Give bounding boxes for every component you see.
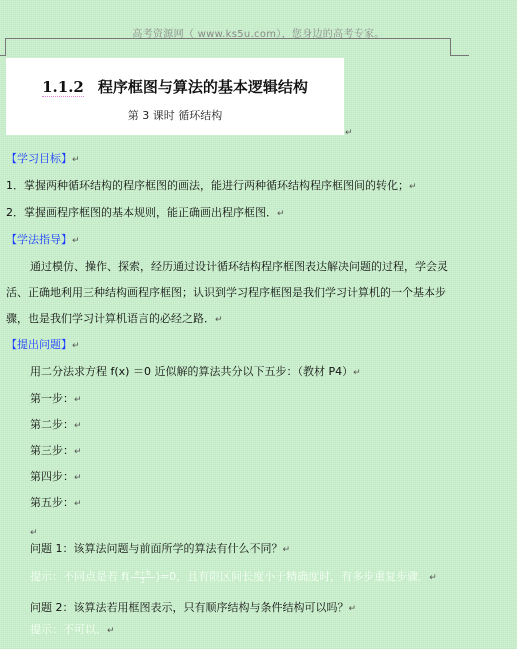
step-4: 第四步：↵ xyxy=(30,468,82,484)
header-rule xyxy=(5,38,451,39)
goal-item-2: 2．掌握画程序框图的基本规则，能正确画出程序框图．↵ xyxy=(6,204,285,220)
step-5: 第五步：↵ xyxy=(30,494,82,510)
guide-line-3: 骤，也是我们学习计算机语言的必经之路．↵ xyxy=(6,310,223,326)
lesson-subtitle: 第 3 课时 循环结构 xyxy=(6,107,344,123)
hint-1: 提示：不同点是若 f(a＋b2)=0，且有限区间长度小于精确度时，有多步重复步骤… xyxy=(30,568,437,585)
guide-line-1: 通过模仿、操作、探索，经历通过设计循环结构程序框图表达解决问题的过程，学会灵 xyxy=(30,258,448,274)
lesson-title: 1.1.2程序框图与算法的基本逻辑结构 xyxy=(6,76,344,97)
step-1: 第一步：↵ xyxy=(30,390,82,406)
header-rule-right-drop xyxy=(450,38,451,55)
section-heading-goals: 【学习目标】↵ xyxy=(6,150,80,166)
step-3: 第三步：↵ xyxy=(30,442,82,458)
title-box: 1.1.2程序框图与算法的基本逻辑结构 第 3 课时 循环结构 xyxy=(6,58,344,135)
section-heading-guide: 【学法指导】↵ xyxy=(6,231,80,247)
problem-intro: 用二分法求方程 f(x) ＝0 近似解的算法共分以下五步：（教材 P4）↵ xyxy=(30,363,361,379)
section-heading-problem: 【提出问题】↵ xyxy=(6,336,80,352)
question-1: 问题 1：该算法问题与前面所学的算法有什么不同？↵ xyxy=(30,540,290,556)
hint-2: 提示：不可以．↵ xyxy=(30,621,115,637)
step-2: 第二步：↵ xyxy=(30,416,82,432)
header-rule-left-tick xyxy=(0,55,6,56)
question-2: 问题 2：该算法若用框图表示，只有顺序结构与条件结构可以吗？↵ xyxy=(30,599,356,615)
paragraph-mark: ↵ xyxy=(345,128,353,138)
header-rule-left-drop xyxy=(5,38,6,55)
header-rule-right-tick xyxy=(450,55,469,56)
fraction-a-plus-b-over-2: a＋b2 xyxy=(131,570,155,585)
lesson-title-text: 程序框图与算法的基本逻辑结构 xyxy=(98,78,308,96)
empty-paragraph-mark: ↵ xyxy=(30,528,38,538)
lesson-number: 1.1.2 xyxy=(42,78,84,97)
goal-item-1: 1．掌握两种循环结构的程序框图的画法，能进行两种循环结构程序框图间的转化；↵ xyxy=(6,177,417,193)
guide-line-2: 活、正确地利用三种结构画程序框图；认识到学习程序框图是我们学习计算机的一个基本步 xyxy=(6,284,446,300)
